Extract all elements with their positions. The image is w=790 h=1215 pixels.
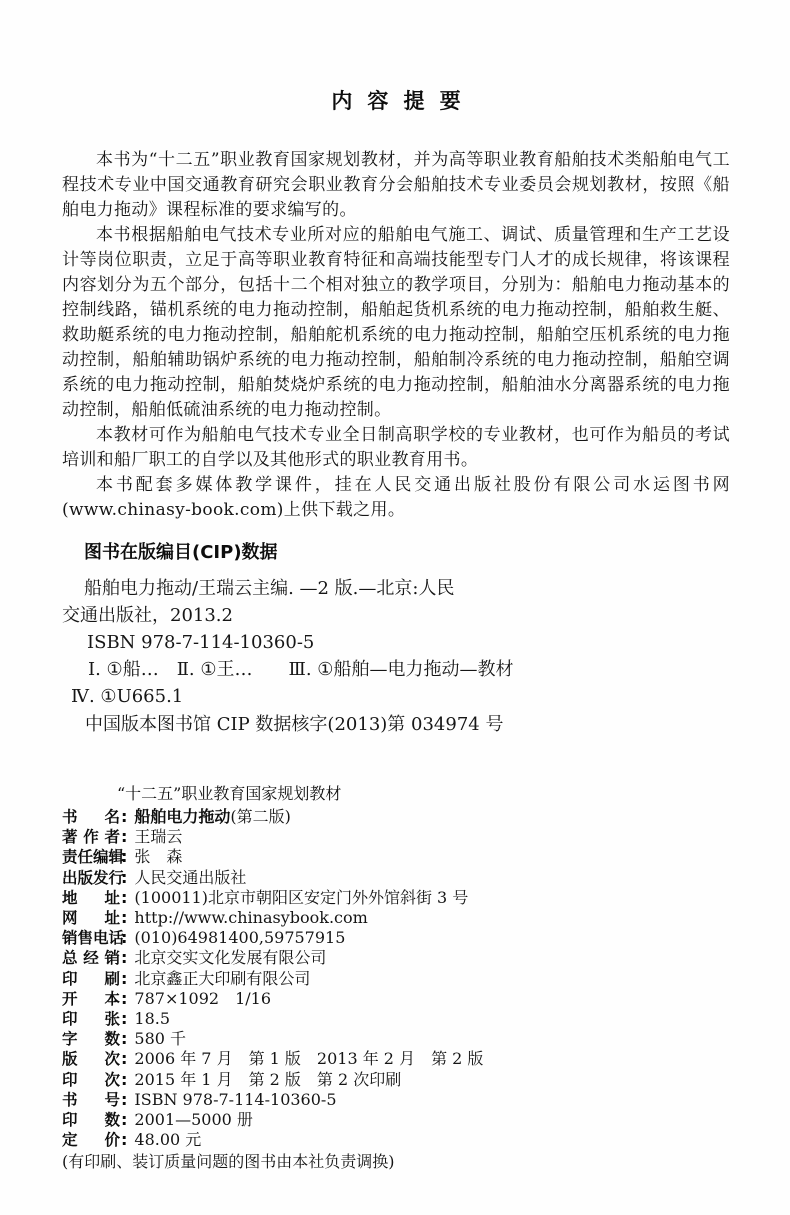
quality-note: (有印刷、装订质量问题的图书由本社负责调换) (62, 1152, 730, 1172)
colophon-label: 字数 (62, 1029, 120, 1049)
colophon-row-book-number: 书号:ISBN 978-7-114-10360-5 (62, 1090, 730, 1110)
colophon-row-book-title: 书名:船舶电力拖动(第二版) (62, 807, 730, 827)
colophon-label: 定价 (62, 1130, 120, 1150)
colophon-row-editor: 责任编辑:张 森 (62, 847, 730, 867)
colophon-row-edition: 版次:2006 年 7 月 第 1 版 2013 年 2 月 第 2 版 (62, 1049, 730, 1069)
colophon-row-print-run: 印数:2001—5000 册 (62, 1110, 730, 1130)
colophon-label: 销售电话 (62, 928, 120, 948)
colophon-value: 48.00 元 (134, 1130, 201, 1150)
series-title: “十二五”职业教育国家规划教材 (62, 784, 730, 804)
colophon-value: 张 森 (134, 847, 182, 867)
colophon-label: 地址 (62, 888, 120, 908)
summary-paragraph: 本书根据船舶电气技术专业所对应的船舶电气施工、调试、质量管理和生产工艺设计等岗位… (62, 223, 730, 423)
colophon-row-publisher: 出版发行:人民交通出版社 (62, 868, 730, 888)
colophon-colon: : (121, 1130, 127, 1150)
colophon-colon: : (121, 827, 127, 847)
book-title: 船舶电力拖动 (134, 807, 230, 826)
colophon-label: 书名 (62, 807, 120, 827)
colophon-row-sheets: 印张:18.5 (62, 1009, 730, 1029)
colophon-row-distributor: 总经销:北京交实文化发展有限公司 (62, 948, 730, 968)
summary-paragraph: 本书为“十二五”职业教育国家规划教材，并为高等职业教育船舶技术类船舶电气工程技术… (62, 148, 730, 223)
colophon-value: 2001—5000 册 (134, 1110, 253, 1130)
colophon-colon: : (121, 948, 127, 968)
colophon-label: 印刷 (62, 969, 120, 989)
colophon-value: http://www.chinasybook.com (134, 908, 367, 928)
colophon-colon: : (121, 908, 127, 928)
cip-record-number: 中国版本图书馆 CIP 数据核字(2013)第 034974 号 (62, 711, 730, 738)
colophon-colon: : (121, 1110, 127, 1130)
colophon-label: 版次 (62, 1049, 120, 1069)
colophon-section: “十二五”职业教育国家规划教材 书名:船舶电力拖动(第二版) 著作者:王瑞云 责… (62, 784, 730, 1172)
colophon-row-printer: 印刷:北京鑫正大印刷有限公司 (62, 969, 730, 989)
summary-paragraph: 本书配套多媒体教学课件，挂在人民交通出版社股份有限公司水运图书网(www.chi… (62, 473, 730, 523)
colophon-label: 出版发行 (62, 868, 120, 888)
book-edition: (第二版) (230, 807, 291, 826)
colophon-value: 787×1092 1/16 (134, 989, 271, 1009)
colophon-value: 2015 年 1 月 第 2 版 第 2 次印刷 (134, 1070, 401, 1090)
colophon-colon: : (121, 1090, 127, 1110)
colophon-value: ISBN 978-7-114-10360-5 (134, 1090, 336, 1110)
colophon-value: 580 千 (134, 1029, 186, 1049)
cip-heading: 图书在版编目(CIP)数据 (62, 539, 730, 566)
content-summary: 本书为“十二五”职业教育国家规划教材，并为高等职业教育船舶技术类船舶电气工程技术… (62, 148, 730, 523)
colophon-row-sales-phone: 销售电话:(010)64981400,59757915 (62, 928, 730, 948)
colophon-value: 2006 年 7 月 第 1 版 2013 年 2 月 第 2 版 (134, 1049, 483, 1069)
cip-isbn: ISBN 978-7-114-10360-5 (62, 629, 730, 656)
colophon-value: 人民交通出版社 (134, 868, 246, 888)
colophon-colon: : (121, 1029, 127, 1049)
colophon-value: (100011)北京市朝阳区安定门外外馆斜街 3 号 (134, 888, 468, 908)
colophon-row-price: 定价:48.00 元 (62, 1130, 730, 1150)
colophon-row-website: 网址:http://www.chinasybook.com (62, 908, 730, 928)
cip-classification-line: Ⅰ. ①船… Ⅱ. ①王… Ⅲ. ①船舶—电力拖动—教材 (62, 656, 730, 683)
cip-data-section: 图书在版编目(CIP)数据 船舶电力拖动/王瑞云主编. —2 版.—北京:人民 … (62, 539, 730, 738)
colophon-label: 印次 (62, 1070, 120, 1090)
cip-classification-line: Ⅳ. ①U665.1 (62, 683, 730, 710)
colophon-colon: : (121, 807, 127, 827)
colophon-label: 总经销 (62, 948, 120, 968)
colophon-label: 印张 (62, 1009, 120, 1029)
colophon-colon: : (121, 1070, 127, 1090)
colophon-row-impression: 印次:2015 年 1 月 第 2 版 第 2 次印刷 (62, 1070, 730, 1090)
colophon-colon: : (121, 989, 127, 1009)
page-title: 内容提要 (62, 88, 730, 114)
colophon-label: 印数 (62, 1110, 120, 1130)
colophon-value: 船舶电力拖动(第二版) (134, 807, 291, 827)
colophon-colon: : (121, 969, 127, 989)
colophon-label: 网址 (62, 908, 120, 928)
colophon-colon: : (121, 1049, 127, 1069)
colophon-row-address: 地址:(100011)北京市朝阳区安定门外外馆斜街 3 号 (62, 888, 730, 908)
colophon-value: 18.5 (134, 1009, 170, 1029)
colophon-label: 开本 (62, 989, 120, 1009)
colophon-row-format: 开本:787×1092 1/16 (62, 989, 730, 1009)
colophon-colon: : (121, 888, 127, 908)
colophon-row-author: 著作者:王瑞云 (62, 827, 730, 847)
colophon-value: 北京鑫正大印刷有限公司 (134, 969, 310, 989)
colophon-value: 北京交实文化发展有限公司 (134, 948, 326, 968)
colophon-colon: : (121, 928, 127, 948)
cip-title-line: 船舶电力拖动/王瑞云主编. —2 版.—北京:人民 (62, 575, 730, 602)
colophon-colon: : (121, 847, 127, 867)
cip-title-line: 交通出版社，2013.2 (62, 602, 730, 629)
colophon-label: 书号 (62, 1090, 120, 1110)
colophon-row-word-count: 字数:580 千 (62, 1029, 730, 1049)
colophon-value: (010)64981400,59757915 (134, 928, 345, 948)
colophon-label: 著作者 (62, 827, 120, 847)
colophon-label: 责任编辑 (62, 847, 120, 867)
colophon-colon: : (121, 868, 127, 888)
colophon-value: 王瑞云 (134, 827, 182, 847)
book-copyright-page: 内容提要 本书为“十二五”职业教育国家规划教材，并为高等职业教育船舶技术类船舶电… (0, 0, 790, 1215)
colophon-colon: : (121, 1009, 127, 1029)
summary-paragraph: 本教材可作为船舶电气技术专业全日制高职学校的专业教材，也可作为船员的考试培训和船… (62, 423, 730, 473)
